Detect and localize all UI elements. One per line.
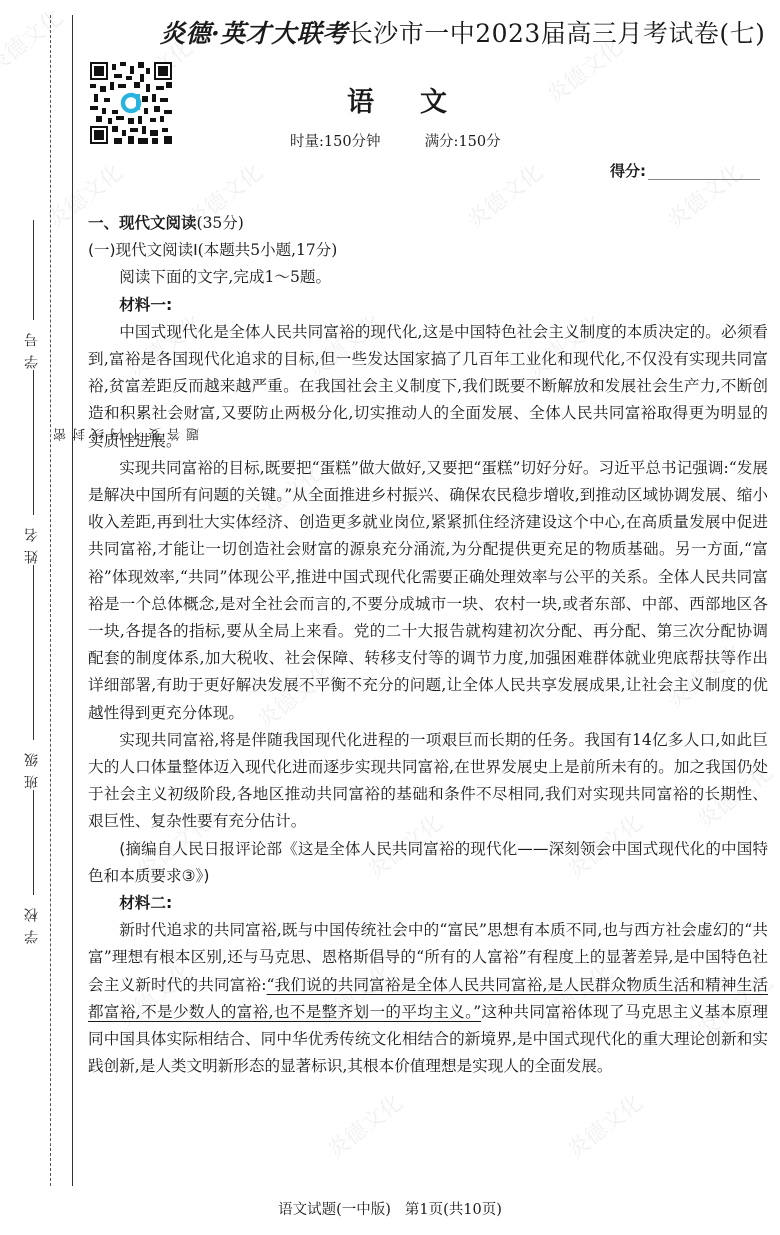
material-1-paragraph: 中国式现代化是全体人民共同富裕的现代化,这是中国特色社会主义制度的本质决定的。必…: [88, 319, 768, 455]
school-label: 学校: [22, 900, 44, 944]
score-blank[interactable]: [648, 179, 760, 180]
school-fill-line: [33, 790, 34, 895]
score-field: 得分:: [610, 160, 760, 181]
subsection-title: (一)现代文阅读Ⅰ: [88, 241, 198, 259]
instruction: 阅读下面的文字,完成1～5题。: [88, 264, 768, 291]
material-2-paragraph: 新时代追求的共同富裕,既与中国传统社会中的“富民”思想有本质不同,也与西方社会虚…: [88, 917, 768, 1080]
full-score: 满分:150分: [425, 134, 501, 150]
class-label: 班级: [22, 745, 44, 789]
exam-page: 炎德文化 炎德文化 炎德文化 炎德文化 炎德文化 炎德文化 炎德文化 炎德文化 …: [0, 0, 780, 1235]
page-footer: 语文试题(一中版)第1页(共10页): [0, 1198, 780, 1219]
watermark: 炎德文化: [560, 1086, 648, 1165]
section-points: (35分): [197, 214, 244, 232]
subject-title: 语文: [320, 80, 520, 119]
exam-title: 炎德·英才大联考长沙市一中2023届高三月考试卷(七): [160, 14, 740, 50]
material-1-source: (摘编自人民日报评论部《这是全体人民共同富裕的现代化——深刻领会中国式现代化的中…: [88, 836, 768, 890]
name-label: 姓名: [22, 520, 44, 564]
material-1-paragraph: 实现共同富裕的目标,既要把“蛋糕”做大做好,又要把“蛋糕”切好分好。习近平总书记…: [88, 455, 768, 727]
material-1-paragraph: 实现共同富裕,将是伴随我国现代化进程的一项艰巨而长期的任务。我国有14亿多人口,…: [88, 727, 768, 836]
footer-doc-label: 语文试题(一中版): [278, 1202, 391, 1218]
margin-border-line: [72, 15, 73, 1186]
material-1-label: 材料一:: [88, 292, 768, 319]
reading-section: 一、现代文阅读(35分) (一)现代文阅读Ⅰ(本题共5小题,17分) 阅读下面的…: [88, 210, 768, 1081]
section-title: 一、现代文阅读: [88, 214, 197, 232]
footer-page-number: 第1页(共10页): [405, 1202, 502, 1218]
cut-line-dashed: [50, 15, 51, 1186]
class-fill-line: [33, 565, 34, 740]
time-limit: 时量:150分钟: [290, 134, 381, 150]
subsection-heading: (一)现代文阅读Ⅰ(本题共5小题,17分): [88, 237, 768, 264]
score-label: 得分:: [610, 162, 646, 180]
exam-brand: 炎德·英才大联考: [160, 19, 348, 48]
seal-char: 密: [52, 410, 71, 460]
exam-meta: 时量:150分钟满分:150分: [290, 130, 501, 151]
section-heading: 一、现代文阅读(35分): [88, 210, 768, 237]
exam-title-text: 长沙市一中2023届高三月考试卷(七): [348, 19, 766, 48]
name-fill-line: [33, 370, 34, 515]
watermark: 炎德文化: [320, 1086, 408, 1165]
student-id-fill-line: [33, 220, 34, 320]
qr-code-icon[interactable]: [90, 62, 172, 144]
student-id-label: 学号: [22, 325, 44, 369]
material-2-label: 材料二:: [88, 890, 768, 917]
seal-notice: 密 封 线 内 不 要 答 题: [52, 410, 72, 460]
watermark: 炎德文化: [0, 1, 68, 80]
subsection-points: (本题共5小题,17分): [198, 241, 338, 259]
